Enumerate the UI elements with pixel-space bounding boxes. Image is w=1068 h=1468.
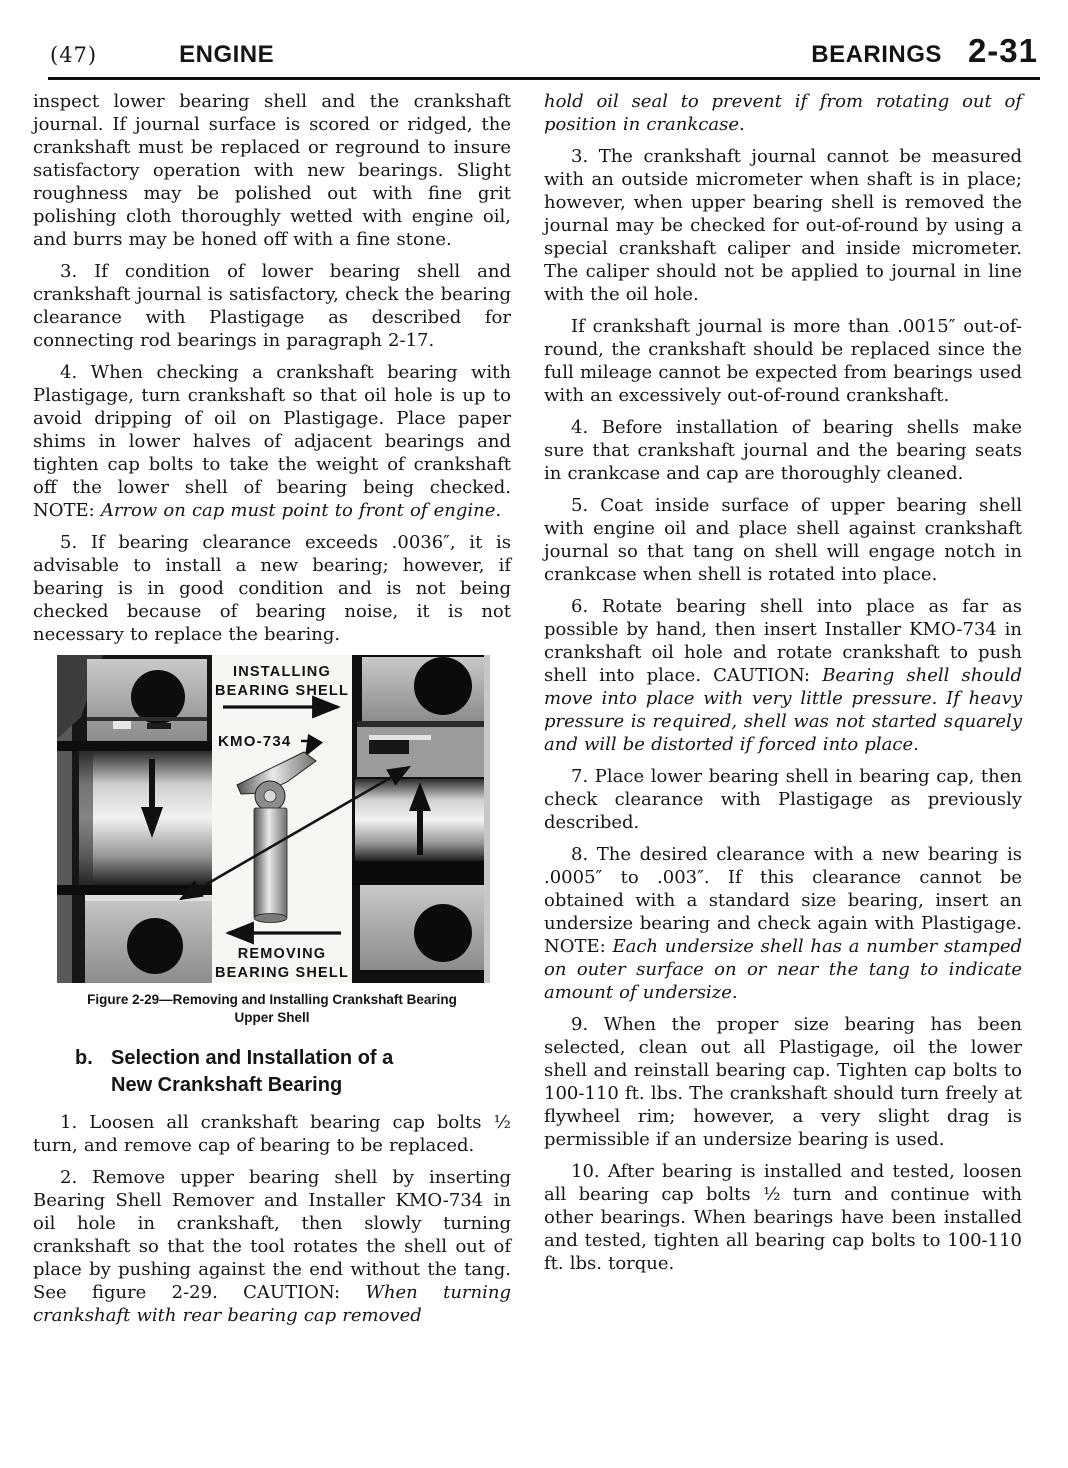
italic-text-run: hold oil seal to prevent if from rotatin… bbox=[544, 91, 1022, 135]
para-r6: 6. Rotate bearing shell into place as fa… bbox=[544, 595, 1022, 756]
para-r8: 8. The desired clearance with a new bear… bbox=[544, 843, 1022, 1004]
text-run: 7. Place lower bearing shell in bearing … bbox=[544, 766, 1022, 833]
text-run: 4. Before installation of bearing shells… bbox=[544, 417, 1022, 484]
removing-label-line2: BEARING SHELL bbox=[215, 965, 349, 981]
para-r10: 10. After bearing is installed and teste… bbox=[544, 1160, 1022, 1275]
italic-text-run: Each undersize shell has a number stampe… bbox=[544, 936, 1022, 1003]
para-5: 5. If bearing clearance exceeds .0036″, … bbox=[33, 531, 511, 646]
two-column-body: inspect lower bearing shell and the cran… bbox=[0, 80, 1068, 1336]
para-r7: 7. Place lower bearing shell in bearing … bbox=[544, 765, 1022, 834]
figure-caption-line2: Upper Shell bbox=[33, 1009, 511, 1027]
para-caution-cont: hold oil seal to prevent if from rotatin… bbox=[544, 90, 1022, 136]
text-run: 4. When checking a crankshaft bearing wi… bbox=[33, 362, 511, 521]
text-run: If crankshaft journal is more than .0015… bbox=[544, 316, 1022, 406]
text-run: 5. If bearing clearance exceeds .0036″, … bbox=[33, 532, 511, 645]
left-column-text-top: inspect lower bearing shell and the cran… bbox=[33, 90, 511, 646]
right-column: hold oil seal to prevent if from rotatin… bbox=[544, 90, 1022, 1336]
para-4: 4. When checking a crankshaft bearing wi… bbox=[33, 361, 511, 522]
section-title-bearings: BEARINGS bbox=[811, 41, 942, 69]
header-left: (47) ENGINE bbox=[50, 41, 274, 69]
page-header: (47) ENGINE BEARINGS 2-31 bbox=[0, 0, 1068, 70]
header-right: BEARINGS 2-31 bbox=[811, 32, 1038, 70]
text-run: inspect lower bearing shell and the cran… bbox=[33, 91, 511, 250]
removing-label-line1: REMOVING bbox=[238, 946, 327, 962]
text-run: 3. If condition of lower bearing shell a… bbox=[33, 261, 511, 351]
bolt-hole bbox=[131, 670, 185, 724]
para-r3b: If crankshaft journal is more than .0015… bbox=[544, 315, 1022, 407]
section-heading: b. Selection and Installation of aNew Cr… bbox=[75, 1045, 511, 1099]
left-bearing-photo bbox=[57, 655, 212, 983]
right-bearing-photo bbox=[352, 655, 490, 983]
section-title-engine: ENGINE bbox=[179, 41, 274, 69]
figure-2-29-photo: INSTALLING BEARING SHELL KMO-734 REMOVIN… bbox=[57, 655, 490, 983]
text-run: 5. Coat inside surface of upper bearing … bbox=[544, 495, 1022, 585]
manual-page: (47) ENGINE BEARINGS 2-31 inspect lower … bbox=[0, 0, 1068, 1468]
para-b2: 2. Remove upper bearing shell by inserti… bbox=[33, 1166, 511, 1327]
section-heading-prefix: b. bbox=[75, 1045, 111, 1099]
para-b1: 1. Loosen all crankshaft bearing cap bol… bbox=[33, 1111, 511, 1157]
para-r5: 5. Coat inside surface of upper bearing … bbox=[544, 494, 1022, 586]
page-number: 2-31 bbox=[968, 32, 1038, 70]
installing-label-line1: INSTALLING bbox=[233, 664, 331, 680]
para-r4: 4. Before installation of bearing shells… bbox=[544, 416, 1022, 485]
italic-text-run: Arrow on cap must point to front of engi… bbox=[101, 500, 501, 521]
installing-label-line2: BEARING SHELL bbox=[215, 683, 349, 699]
section-heading-line1: Selection and Installation of a bbox=[111, 1047, 393, 1069]
kmo-label: KMO-734 bbox=[218, 733, 291, 750]
figure-caption-line1: Figure 2-29—Removing and Installing Cran… bbox=[33, 991, 511, 1009]
para-r3: 3. The crankshaft journal cannot be meas… bbox=[544, 145, 1022, 306]
bolt-hole bbox=[414, 657, 472, 715]
text-run: 1. Loosen all crankshaft bearing cap bol… bbox=[33, 1112, 511, 1156]
tang-notch bbox=[369, 740, 409, 754]
bolt-hole bbox=[127, 918, 183, 974]
text-run: 9. When the proper size bearing has been… bbox=[544, 1014, 1022, 1150]
bolt-hole bbox=[414, 904, 472, 962]
para-r9: 9. When the proper size bearing has been… bbox=[544, 1013, 1022, 1151]
text-run: 3. The crankshaft journal cannot be meas… bbox=[544, 146, 1022, 305]
page-ref: (47) bbox=[50, 43, 97, 67]
para-3: 3. If condition of lower bearing shell a… bbox=[33, 260, 511, 352]
figure-caption: Figure 2-29—Removing and Installing Cran… bbox=[33, 991, 511, 1027]
figure-2-29: INSTALLING BEARING SHELL KMO-734 REMOVIN… bbox=[57, 655, 490, 983]
left-column-text-bottom: 1. Loosen all crankshaft bearing cap bol… bbox=[33, 1111, 511, 1327]
section-heading-line2: New Crankshaft Bearing bbox=[111, 1074, 342, 1096]
para-continued: inspect lower bearing shell and the cran… bbox=[33, 90, 511, 251]
left-column: inspect lower bearing shell and the cran… bbox=[33, 90, 511, 1336]
text-run: 10. After bearing is installed and teste… bbox=[544, 1161, 1022, 1274]
section-heading-lines: Selection and Installation of aNew Crank… bbox=[111, 1045, 393, 1099]
